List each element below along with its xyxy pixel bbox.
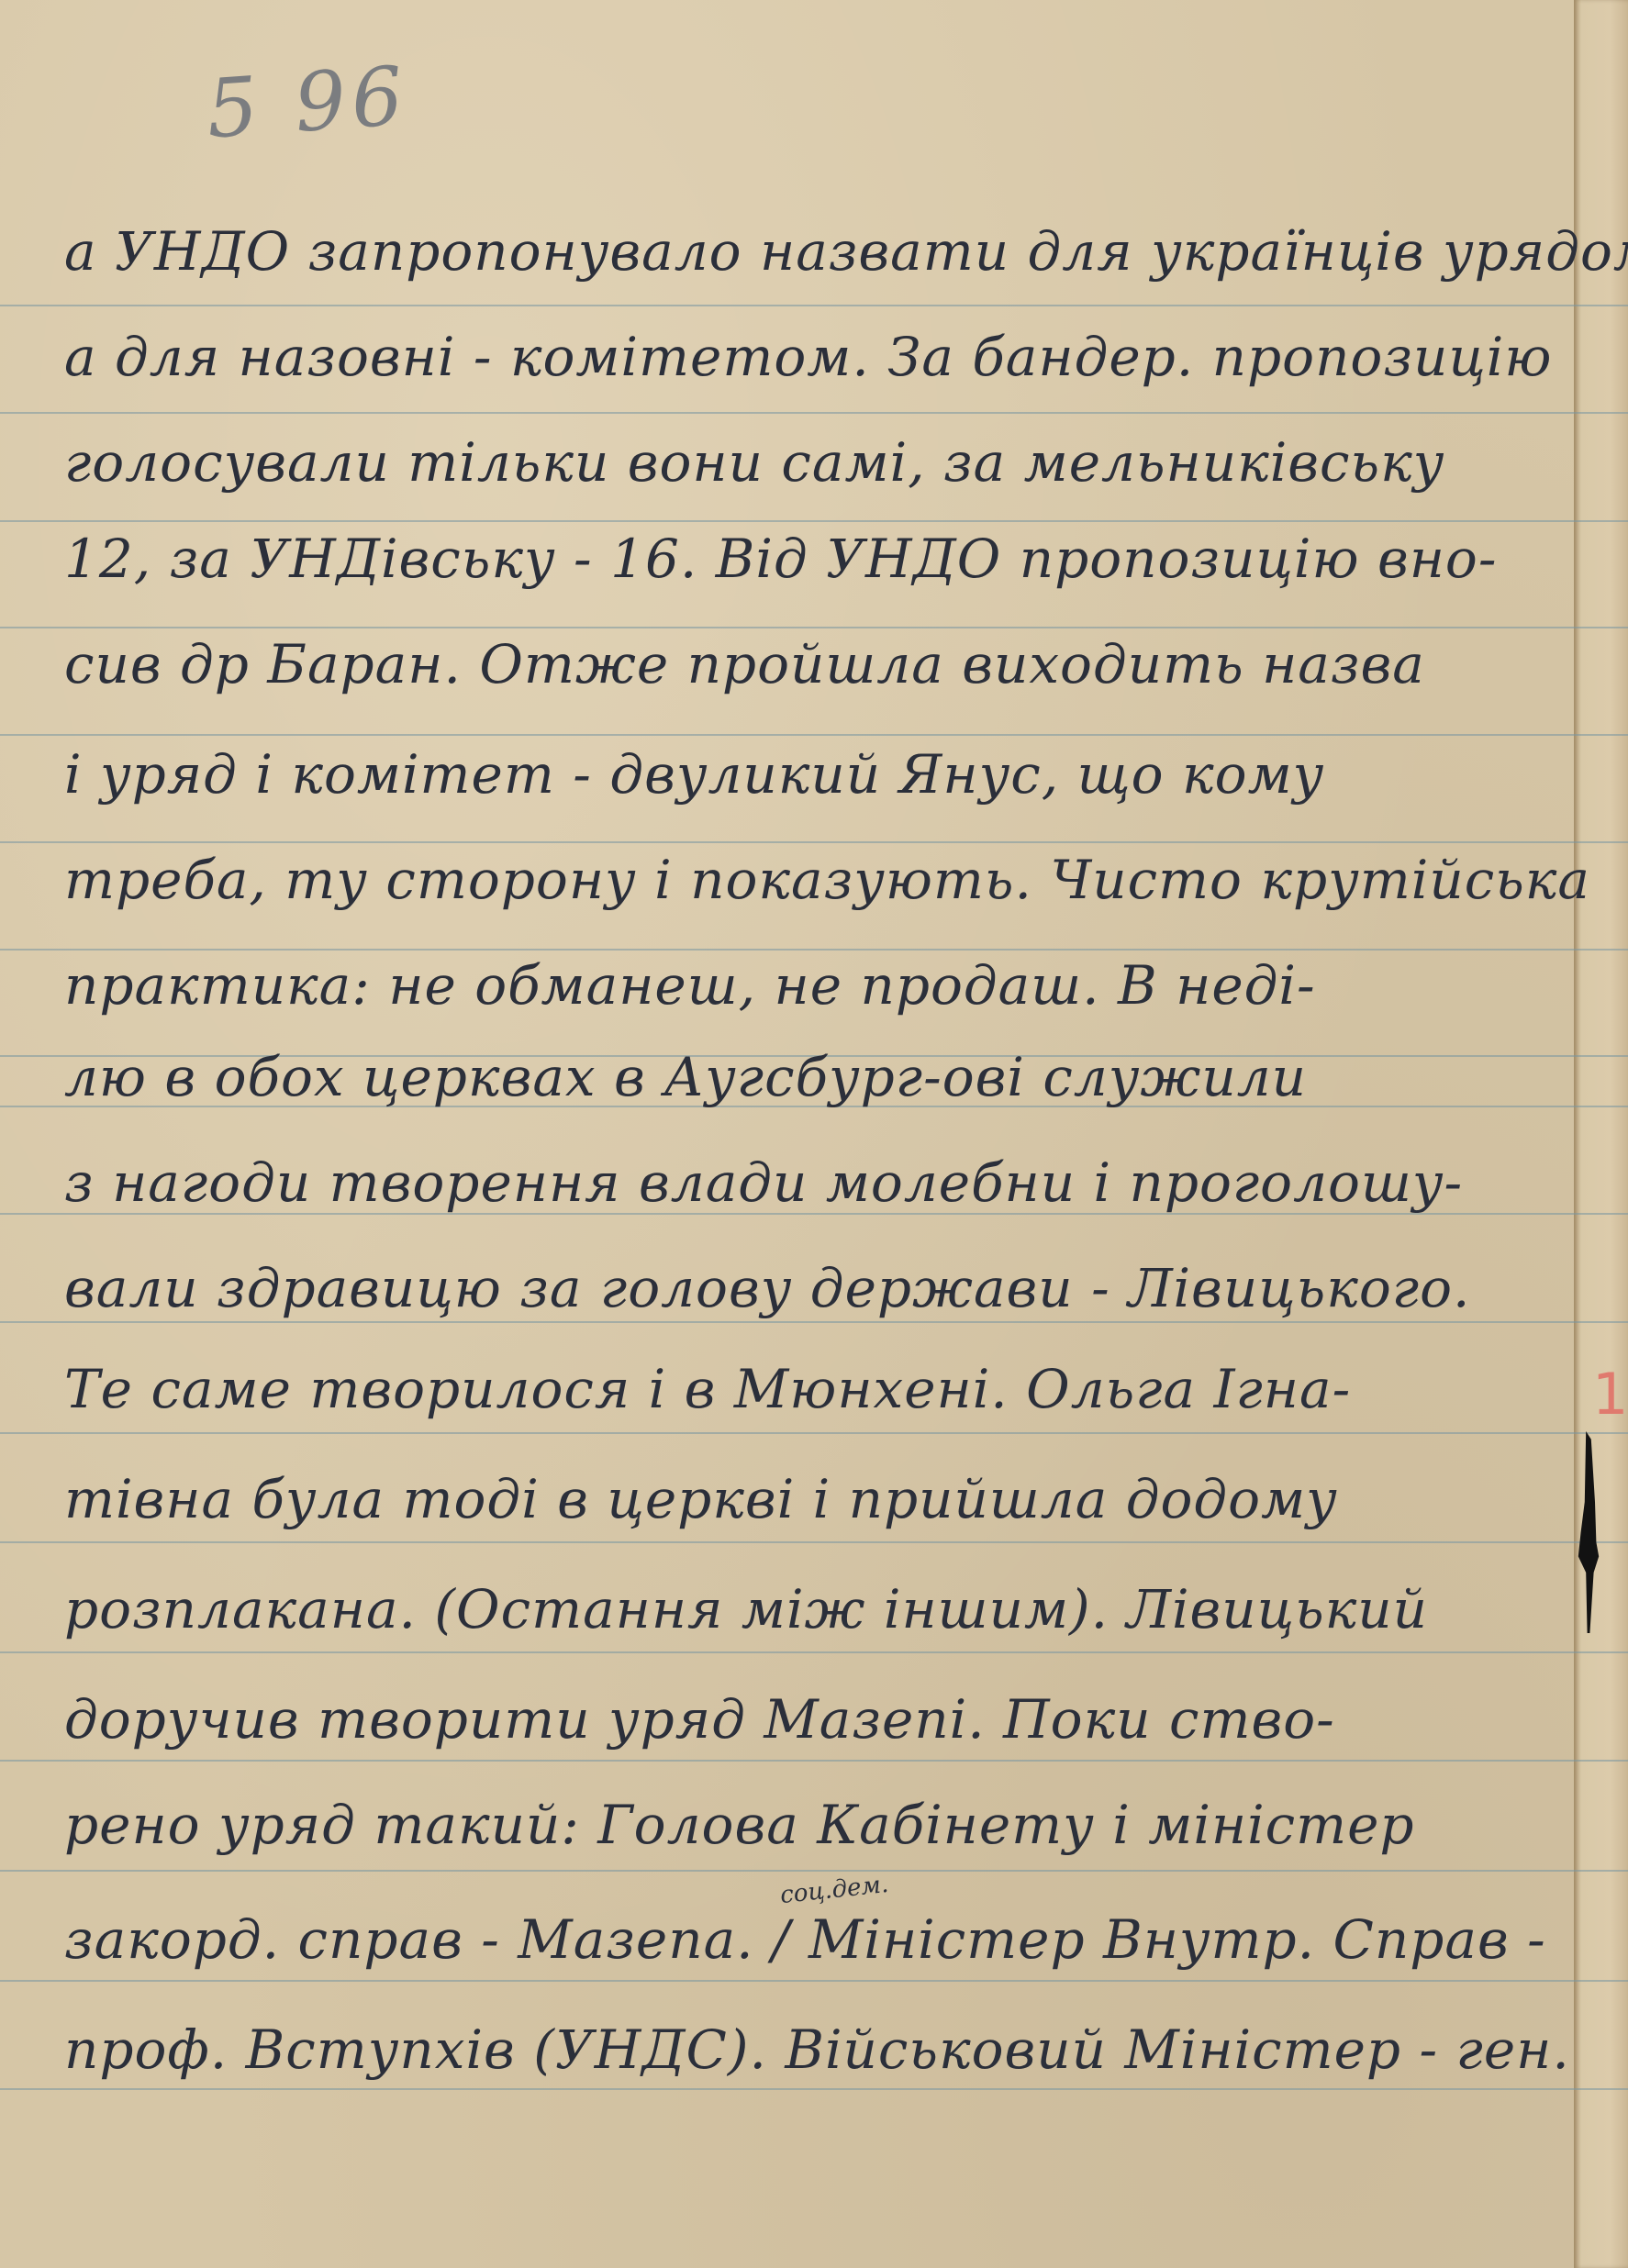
text-line: закорд. справ - Мазепа. / Міністер Внутр…: [64, 1908, 1546, 1971]
text-line: голосували тільки вони самі, за мельникі…: [64, 431, 1444, 494]
text-line: а для назовні - комітетом. За бандер. пр…: [64, 326, 1552, 388]
page-edge-strip: [1574, 0, 1628, 2268]
text-line: проф. Вступхів (УНДС). Військовий Мініст…: [64, 2018, 1570, 2081]
ruled-line: [0, 1760, 1628, 1762]
ruled-line: [0, 627, 1628, 628]
ruled-line: [0, 841, 1628, 843]
ruled-line: [0, 1980, 1628, 1982]
text-line: доручив творити уряд Мазепі. Поки ство-: [64, 1688, 1335, 1751]
text-line: сив др Баран. Отже пройшла виходить назв…: [64, 633, 1425, 695]
text-line: треба, ту сторону і показують. Чисто кру…: [64, 849, 1590, 911]
folio-number: 5 96: [204, 48, 412, 156]
text-line: а УНДО запропонувало назвати для українц…: [64, 220, 1628, 283]
ruled-line: [0, 2088, 1628, 2090]
text-line: лю в обох церквах в Аугсбург-ові служили: [64, 1046, 1307, 1108]
manuscript-page: 5 96 а УНДО запропонувало назвати для ук…: [0, 0, 1628, 2268]
ruled-line: [0, 1321, 1628, 1323]
ruled-line: [0, 949, 1628, 951]
text-line: рено уряд такий: Голова Кабінету і мініс…: [64, 1794, 1415, 1856]
text-line: тівна була тоді в церкві і прийшла додом…: [64, 1468, 1338, 1530]
text-line: вали здравицю за голову держави - Лівиць…: [64, 1257, 1470, 1319]
ruled-line: [0, 1541, 1628, 1543]
ruled-line: [0, 1432, 1628, 1434]
ruled-line: [0, 305, 1628, 306]
text-line: практика: не обманеш, не продаш. В неді-: [64, 954, 1316, 1017]
text-line: і уряд і комітет - двуликий Янус, що ком…: [64, 743, 1324, 806]
ruled-line: [0, 1651, 1628, 1653]
ruled-line: [0, 734, 1628, 736]
ruled-line: [0, 412, 1628, 414]
text-line: з нагоди творення влади молебни і прогол…: [64, 1151, 1463, 1214]
interlinear-annotation: соц.дем.: [779, 1871, 890, 1909]
ruled-line: [0, 520, 1628, 522]
text-line: Те саме творилося і в Мюнхені. Ольга Ігн…: [64, 1358, 1351, 1420]
red-margin-mark: 1: [1592, 1358, 1620, 1431]
ruled-line: [0, 1870, 1628, 1872]
text-line: розплакана. (Остання між іншим). Лівицьк…: [64, 1578, 1428, 1640]
text-line: 12, за УНДівську - 16. Від УНДО пропозиц…: [64, 528, 1497, 590]
